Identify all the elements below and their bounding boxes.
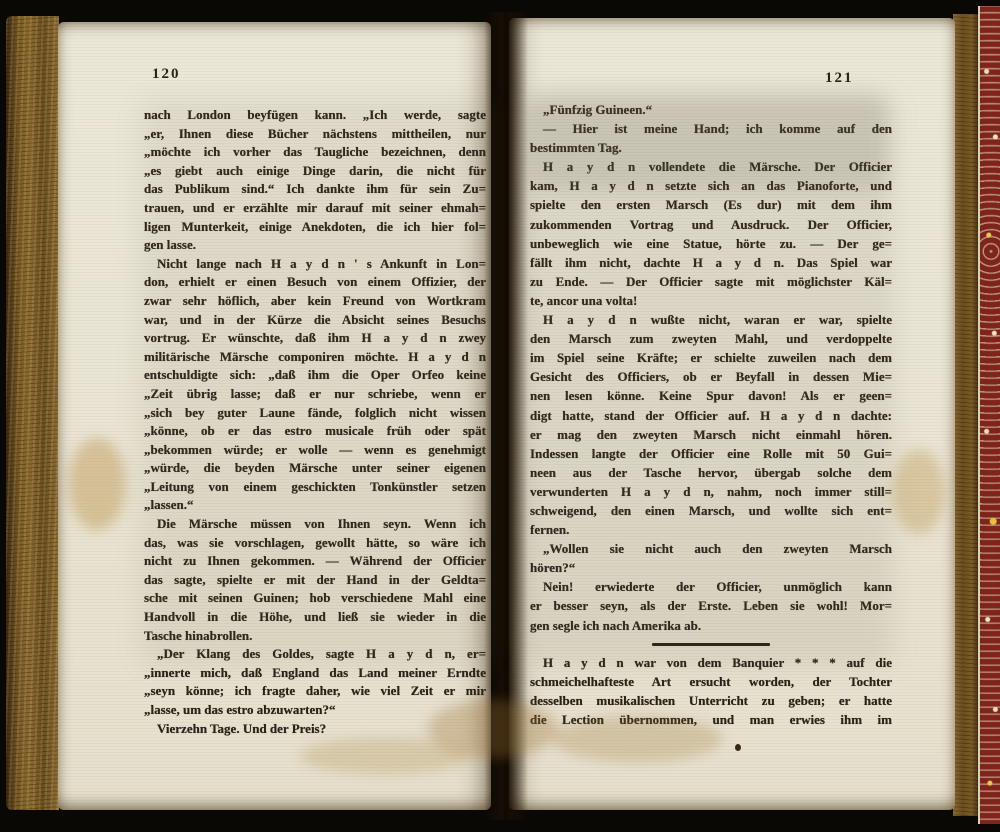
text-line: war, und in der Kürze die Absicht seines… <box>144 311 486 330</box>
text-line: die Lection übernommen, und man erwies i… <box>530 710 892 729</box>
text-line: zukommenden Vortrag und Ausdruck. Der Of… <box>530 215 892 234</box>
left-page: 120 nach London beyfügen kann. „Ich werd… <box>58 22 491 810</box>
text-line: vortrug. Er wünschte, daß ihm H a y d n … <box>144 329 486 348</box>
text-line: „sich bey guter Laune fände, folglich ni… <box>144 404 486 423</box>
text-line: „innerte mich, daß England das Land mein… <box>144 664 486 683</box>
text-line: sche mit seinen Guinen; hob verschiedene… <box>144 589 486 608</box>
text-line: „seyn könne; ich fragte daher, wie viel … <box>144 682 486 701</box>
text-line: te, ancor una volta! <box>530 291 892 310</box>
text-line: neen aus der Tasche hervor, übergab solc… <box>530 463 892 482</box>
text-line: H a y d n war von dem Banquier * * * auf… <box>530 653 892 672</box>
text-line: militärische Märsche componiren möchte. … <box>144 348 486 367</box>
text-line: desselben musikalischen Unterricht zu ge… <box>530 691 892 710</box>
open-book-photo: 120 nach London beyfügen kann. „Ich werd… <box>0 0 1000 832</box>
text-line: don, erhielt er einen Besuch von einem O… <box>144 273 486 292</box>
text-line: „bekommen würde; er wolle — wenn es gene… <box>144 441 486 460</box>
text-line: H a y d n vollendete die Märsche. Der Of… <box>530 157 892 176</box>
text-line: digt hatte, stand der Officier auf. H a … <box>530 406 892 425</box>
text-line: Die Märsche müssen von Ihnen seyn. Wenn … <box>144 515 486 534</box>
text-line: hören?“ <box>530 558 892 577</box>
text-line: zu Ende. — Der Officier sagte mit möglic… <box>530 272 892 291</box>
text-line: „Fünfzig Guineen.“ <box>530 100 892 119</box>
text-line: Handvoll in die Höhe, und ließ sie wiede… <box>144 608 486 627</box>
text-line: schweigend, den einen Marsch, und wollte… <box>530 501 892 520</box>
text-line: „Leitung von einem geschickten Tonkünstl… <box>144 478 486 497</box>
text-line: schmeichelhafteste Art ersucht worden, d… <box>530 672 892 691</box>
text-line: Indessen langte der Officier eine Rolle … <box>530 444 892 463</box>
text-line: den Marsch zum zweyten Mahl, und verdopp… <box>530 329 892 348</box>
text-line: nicht zu Ihnen gekommen. — Während der O… <box>144 552 486 571</box>
text-line: Tasche hinabrollen. <box>144 627 486 646</box>
text-line: das, was sie vorschlagen, gewollt hätte,… <box>144 534 486 553</box>
left-page-edges <box>6 16 59 810</box>
text-line: Gesicht des Officiers, ob er Beyfall in … <box>530 367 892 386</box>
section-divider-rule <box>652 643 770 646</box>
text-line: fernen. <box>530 520 892 539</box>
text-line: „Wollen sie nicht auch den zweyten Marsc… <box>530 539 892 558</box>
text-line: entschuldigte sich: „daß ihm die Oper Or… <box>144 366 486 385</box>
text-line: spielte den ersten Marsch (Es dur) mit d… <box>530 195 892 214</box>
left-page-number: 120 <box>152 66 181 83</box>
text-line: fällt ihm nicht, dachte H a y d n. Das S… <box>530 253 892 272</box>
text-line: verwunderten H a y d n, nahm, noch immer… <box>530 482 892 501</box>
text-line: H a y d n wußte nicht, waran er war, spi… <box>530 310 892 329</box>
text-line: „würde, die beyden Märsche unter seiner … <box>144 459 486 478</box>
text-line: „lasse, um das estro abzuwarten?“ <box>144 701 486 720</box>
text-line: nen lesen könne. Keine Spur davon! Als e… <box>530 386 892 405</box>
text-line: das sagte, spielte er mit der Hand in de… <box>144 571 486 590</box>
text-line: „möchte ich vorher das Taugliche bezeich… <box>144 143 486 162</box>
text-line: „er, Ihnen diese Bücher nächstens mitthe… <box>144 125 486 144</box>
text-line: Vierzehn Tage. Und der Preis? <box>144 720 486 739</box>
text-line: unbeweglich wie eine Statue, hörte zu. —… <box>530 234 892 253</box>
text-line: zwar sehr höflich, aber kein Freund von … <box>144 292 486 311</box>
right-page-text-upper: „Fünfzig Guineen.“ — Hier ist meine Hand… <box>530 100 892 635</box>
marbled-cover-edge <box>978 6 1000 824</box>
text-line: er besser seyn, als der Erste. Leben sie… <box>530 596 892 615</box>
text-line: er mag den zweyten Marsch nicht einmahl … <box>530 425 892 444</box>
text-line: bestimmten Tag. <box>530 138 892 157</box>
right-page-text-lower: H a y d n war von dem Banquier * * * auf… <box>530 653 892 729</box>
left-page-text-block: nach London beyfügen kann. „Ich werde, s… <box>144 106 486 738</box>
text-line: „Zeit übrig lasse; daß er nur schriebe, … <box>144 385 486 404</box>
text-line: das Publikum sind.“ Ich dankte ihm für s… <box>144 180 486 199</box>
text-line: Nicht lange nach H a y d n ' s Ankunft i… <box>144 255 486 274</box>
text-line: „könne, ob er das estro musicale früh od… <box>144 422 486 441</box>
text-line: „Der Klang des Goldes, sagte H a y d n, … <box>144 645 486 664</box>
text-line: „es giebt auch einige Dinge darin, die n… <box>144 162 486 181</box>
text-line: ligen Munterkeit, einige Anekdoten, die … <box>144 218 486 237</box>
right-page-edges <box>953 14 978 816</box>
right-page: 121 „Fünfzig Guineen.“ — Hier ist meine … <box>509 18 955 810</box>
text-line: gen lasse. <box>144 236 486 255</box>
text-line: nach London beyfügen kann. „Ich werde, s… <box>144 106 486 125</box>
text-line: Nein! erwiederte der Officier, unmöglich… <box>530 577 892 596</box>
text-line: im Spiel seine Kräfte; er schielte zuwei… <box>530 348 892 367</box>
text-line: „lassen.“ <box>144 496 486 515</box>
text-line: — Hier ist meine Hand; ich komme auf den <box>530 119 892 138</box>
text-line: trauen, und er erzählte mir darauf mit s… <box>144 199 486 218</box>
text-line: kam, H a y d n setzte sich an das Pianof… <box>530 176 892 195</box>
book-gutter-shadow <box>484 12 528 820</box>
right-page-number: 121 <box>825 70 854 87</box>
right-page-text-block: „Fünfzig Guineen.“ — Hier ist meine Hand… <box>530 100 892 729</box>
text-line: gen segle ich nach Amerika ab. <box>530 616 892 635</box>
